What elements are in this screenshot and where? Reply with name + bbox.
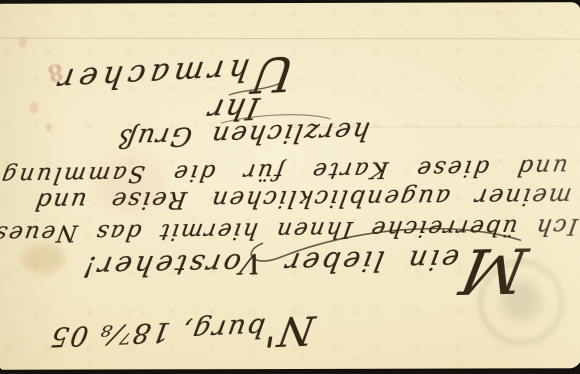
handwriting-body-line: und diese Karte für die Sammlung xyxy=(0,154,569,186)
handwriting-block: N'burg, 18⁷⁄₈ 05 Mein lieber Vorsteher! … xyxy=(0,2,580,370)
handwriting-signature: Uhrmacher xyxy=(49,49,297,110)
postcard: 8 N'burg, 18⁷⁄₈ 05 Mein lieber Vorsteher… xyxy=(0,2,580,370)
handwriting-body-line: meiner augenblicklichen Reise und xyxy=(32,184,573,213)
handwriting-salutation: Mein lieber Vorsteher! xyxy=(73,238,532,309)
handwriting-date-line: N'burg, 18⁷⁄₈ 05 xyxy=(46,309,318,361)
scan-background: 8 N'burg, 18⁷⁄₈ 05 Mein lieber Vorsteher… xyxy=(0,0,580,374)
